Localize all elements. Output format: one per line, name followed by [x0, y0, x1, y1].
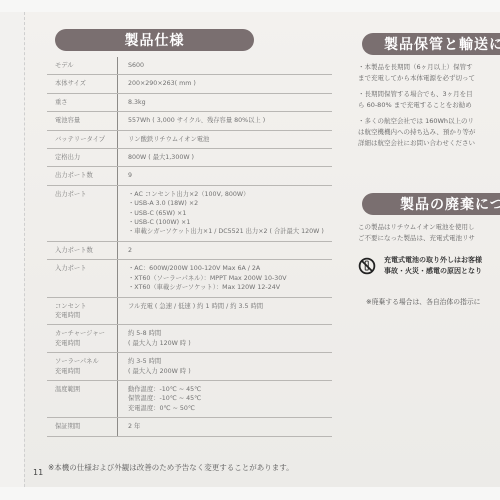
- spec-section-title: 製品仕様: [55, 29, 254, 51]
- background-top: [0, 0, 500, 12]
- spec-footnote: ※本機の仕様および外観は改善のため予告なく変更することがあります。: [48, 462, 294, 473]
- disposal-warning: 充電式電池の取り外しはお客様 事故・火災・感電の原因となり: [358, 255, 482, 277]
- spec-label: 電池容量: [47, 112, 117, 129]
- storage-line: は航空機機内への持ち込み、預かり等が: [358, 127, 475, 138]
- storage-text: ・本製品を長期間（6ヶ月以上）保管すまで充電してから本体電源を必ず切って・長期間…: [358, 62, 475, 154]
- spec-value: S600: [117, 57, 332, 74]
- spec-row: モデルS600: [47, 57, 332, 75]
- no-disassembly-icon: [358, 257, 376, 275]
- spec-label-line: バッテリータイプ: [55, 135, 117, 144]
- spec-label-line: 入力ポート数: [55, 246, 117, 255]
- spec-value: 約 5-8 時間( 最大入力 120W 時 ): [117, 325, 332, 352]
- spec-value: 9: [117, 167, 332, 184]
- spec-row: コンセント充電時間フル充電 ( 急速 / 低速 ) 約 1 時間 / 約 3.5…: [47, 298, 332, 326]
- spec-table: モデルS600本体サイズ200×290×263( mm )重さ8.3kg電池容量…: [47, 57, 332, 437]
- spec-label: 入力ポート数: [47, 242, 117, 259]
- spec-value-line: ・XT60（車載シガーソケット）：Max 120W 12-24V: [128, 283, 332, 292]
- spec-row: バッテリータイプリン酸鉄リチウムイオン電池: [47, 131, 332, 149]
- spec-label-line: 出力ポート: [55, 190, 117, 199]
- spec-label: 出力ポート: [47, 186, 117, 241]
- spec-label: 重さ: [47, 94, 117, 111]
- warning-text: 充電式電池の取り外しはお客様 事故・火災・感電の原因となり: [384, 255, 482, 277]
- spec-row: 本体サイズ200×290×263( mm ): [47, 75, 332, 93]
- spec-label: コンセント充電時間: [47, 298, 117, 325]
- spec-label: 定格出力: [47, 149, 117, 166]
- spec-label: 温度範囲: [47, 381, 117, 417]
- spec-value-line: 保管温度：-10℃ ~ 45℃: [128, 394, 332, 403]
- spec-label-line: コンセント: [55, 302, 117, 311]
- spec-value-line: S600: [128, 61, 332, 70]
- page-number: 11: [33, 468, 43, 477]
- spec-value-line: 800W ( 最大1,300W ): [128, 153, 332, 162]
- spec-value: 約 3-5 時間( 最大入力 200W 時 ): [117, 353, 332, 380]
- spec-value: 557Wh ( 3,000 サイクル、残存容量 80%以上 ): [117, 112, 332, 129]
- spec-value: 200×290×263( mm ): [117, 75, 332, 92]
- background-bottom: [0, 487, 500, 500]
- storage-section-title: 製品保管と輸送につ: [362, 33, 500, 55]
- disposal-line: この製品はリチウムイオン電池を使用し: [358, 222, 475, 233]
- spec-row: 保証期間2 年: [47, 418, 332, 436]
- warning-line: 事故・火災・感電の原因となり: [384, 266, 482, 277]
- storage-paragraph: ・長期間保管する場合でも、3ヶ月を目ら 60-80% まで充電することをお勧め: [358, 89, 475, 111]
- spec-label: カーチャージャー充電時間: [47, 325, 117, 352]
- spec-label-line: 本体サイズ: [55, 79, 117, 88]
- spec-value: 800W ( 最大1,300W ): [117, 149, 332, 166]
- spec-value-line: 9: [128, 171, 332, 180]
- storage-line: ら 60-80% まで充電することをお勧め: [358, 100, 475, 111]
- spec-value: ・AC：600W/200W 100-120V Max 6A / 2A・XT60（…: [117, 260, 332, 296]
- spec-label: ソーラーパネル充電時間: [47, 353, 117, 380]
- spec-value-line: ( 最大入力 200W 時 ): [128, 367, 332, 376]
- spec-label: 保証期間: [47, 418, 117, 435]
- spec-value: 動作温度：-10℃ ~ 45℃保管温度：-10℃ ~ 45℃充電温度：0℃ ~ …: [117, 381, 332, 417]
- storage-paragraph: ・本製品を長期間（6ヶ月以上）保管すまで充電してから本体電源を必ず切って: [358, 62, 475, 84]
- storage-paragraph: ・多くの航空会社では 160Wh以上のリは航空機機内への持ち込み、預かり等が詳細…: [358, 116, 475, 149]
- spec-row: 定格出力800W ( 最大1,300W ): [47, 149, 332, 167]
- spec-label-line: 充電時間: [55, 311, 117, 320]
- spec-value-line: 約 3-5 時間: [128, 357, 332, 366]
- spec-row: カーチャージャー充電時間約 5-8 時間( 最大入力 120W 時 ): [47, 325, 332, 353]
- spec-value-line: ・XT60（ソーラーパネル）：MPPT Max 200W 10-30V: [128, 274, 332, 283]
- disposal-section-title: 製品の廃棄につい: [362, 193, 500, 215]
- spec-value-line: 8.3kg: [128, 98, 332, 107]
- spec-value-line: 動作温度：-10℃ ~ 45℃: [128, 385, 332, 394]
- storage-line: まで充電してから本体電源を必ず切って: [358, 73, 475, 84]
- spec-row: 入力ポート・AC：600W/200W 100-120V Max 6A / 2A・…: [47, 260, 332, 297]
- spec-value-line: 200×290×263( mm ): [128, 79, 332, 88]
- spec-label: モデル: [47, 57, 117, 74]
- spec-value-line: ・USB-C (100W) ×1: [128, 218, 332, 227]
- spec-label-line: 充電時間: [55, 339, 117, 348]
- disposal-note: ※廃棄する場合は、各自治体の指示に: [366, 296, 480, 306]
- spec-row: 入力ポート数2: [47, 242, 332, 260]
- spec-value-line: リン酸鉄リチウムイオン電池: [128, 135, 332, 144]
- storage-line: ・本製品を長期間（6ヶ月以上）保管す: [358, 62, 475, 73]
- spec-label-line: 重さ: [55, 98, 117, 107]
- spec-value: 2 年: [117, 418, 332, 435]
- storage-line: 詳細は航空会社にお問い合わせください: [358, 138, 475, 149]
- spec-label: 出力ポート数: [47, 167, 117, 184]
- spec-label-line: 電池容量: [55, 116, 117, 125]
- storage-line: ・長期間保管する場合でも、3ヶ月を目: [358, 89, 475, 100]
- spec-label: 入力ポート: [47, 260, 117, 296]
- disposal-line: ご不要になった製品は、充電式電池リサ: [358, 233, 475, 244]
- warning-line: 充電式電池の取り外しはお客様: [384, 255, 482, 266]
- spec-label-line: 入力ポート: [55, 264, 117, 273]
- spec-value-line: ・AC：600W/200W 100-120V Max 6A / 2A: [128, 264, 332, 273]
- spec-value: フル充電 ( 急速 / 低速 ) 約 1 時間 / 約 3.5 時間: [117, 298, 332, 325]
- spec-value: リン酸鉄リチウムイオン電池: [117, 131, 332, 148]
- spec-value-line: ・USB-C (65W) ×1: [128, 209, 332, 218]
- spec-row: 出力ポート・AC コンセント出力×2（100V, 800W）・USB-A 3.0…: [47, 186, 332, 242]
- spec-label-line: 保証期間: [55, 422, 117, 431]
- spec-label: 本体サイズ: [47, 75, 117, 92]
- spec-value-line: ・車載シガーソケット出力×1 / DC5521 出力×2 ( 合計最大 120W…: [128, 227, 332, 236]
- spec-value-line: 557Wh ( 3,000 サイクル、残存容量 80%以上 ): [128, 116, 332, 125]
- storage-line: ・多くの航空会社では 160Wh以上のリ: [358, 116, 475, 127]
- spec-value: 8.3kg: [117, 94, 332, 111]
- spec-value-line: 充電温度：0℃ ~ 50℃: [128, 404, 332, 413]
- disposal-text: この製品はリチウムイオン電池を使用しご不要になった製品は、充電式電池リサ: [358, 222, 475, 244]
- spec-value-line: フル充電 ( 急速 / 低速 ) 約 1 時間 / 約 3.5 時間: [128, 302, 332, 311]
- spec-value: 2: [117, 242, 332, 259]
- spec-label-line: 出力ポート数: [55, 171, 117, 180]
- spec-value-line: ・USB-A 3.0 (18W) ×2: [128, 199, 332, 208]
- spec-label: バッテリータイプ: [47, 131, 117, 148]
- spec-value-line: 約 5-8 時間: [128, 329, 332, 338]
- spec-label-line: 充電時間: [55, 367, 117, 376]
- spec-label-line: 定格出力: [55, 153, 117, 162]
- spec-label-line: カーチャージャー: [55, 329, 117, 338]
- spec-value-line: ・AC コンセント出力×2（100V, 800W）: [128, 190, 332, 199]
- spec-row: 重さ8.3kg: [47, 94, 332, 112]
- spec-label-line: モデル: [55, 61, 117, 70]
- spec-label-line: 温度範囲: [55, 385, 117, 394]
- spec-label-line: ソーラーパネル: [55, 357, 117, 366]
- spec-row: 出力ポート数9: [47, 167, 332, 185]
- spec-row: 電池容量557Wh ( 3,000 サイクル、残存容量 80%以上 ): [47, 112, 332, 130]
- spec-row: 温度範囲動作温度：-10℃ ~ 45℃保管温度：-10℃ ~ 45℃充電温度：0…: [47, 381, 332, 418]
- spec-row: ソーラーパネル充電時間約 3-5 時間( 最大入力 200W 時 ): [47, 353, 332, 381]
- spec-value-line: 2 年: [128, 422, 332, 431]
- spec-value-line: ( 最大入力 120W 時 ): [128, 339, 332, 348]
- spec-value-line: 2: [128, 246, 332, 255]
- spec-value: ・AC コンセント出力×2（100V, 800W）・USB-A 3.0 (18W…: [117, 186, 332, 241]
